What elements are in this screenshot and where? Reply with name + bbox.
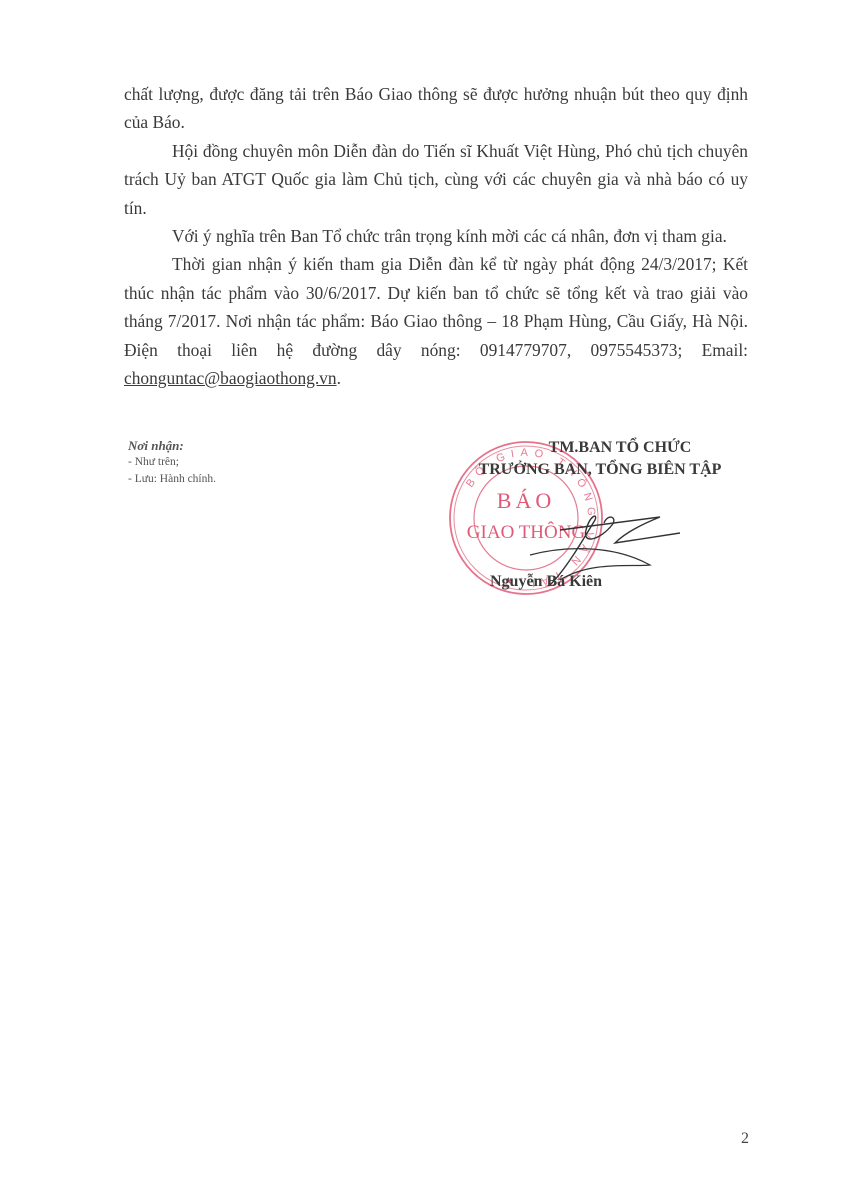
signer-name: Nguyễn Bá Kiên: [490, 573, 602, 591]
email-link[interactable]: chonguntac@baogiaothong.vn: [124, 368, 337, 388]
signature-block: TM.BAN TỔ CHỨC TRƯỞNG BAN, TỔNG BIÊN TẬP: [430, 437, 770, 481]
recipients-block: Nơi nhận: - Như trên; - Lưu: Hành chính.: [128, 437, 216, 488]
signature-title-2: TRƯỞNG BAN, TỔNG BIÊN TẬP: [430, 459, 770, 481]
timeline-text: Thời gian nhận ý kiến tham gia Diễn đàn …: [124, 254, 748, 359]
paragraph-council: Hội đồng chuyên môn Diễn đàn do Tiến sĩ …: [124, 137, 748, 222]
recipients-label: Nơi nhận:: [128, 437, 216, 454]
recipient-item: - Như trên;: [128, 454, 216, 471]
timeline-suffix: .: [337, 368, 341, 388]
recipient-item: - Lưu: Hành chính.: [128, 471, 216, 488]
page-number: 2: [741, 1130, 749, 1148]
paragraph-timeline: Thời gian nhận ý kiến tham gia Diễn đàn …: [124, 250, 748, 392]
signature-title-1: TM.BAN TỔ CHỨC: [470, 437, 770, 459]
document-body: chất lượng, được đăng tải trên Báo Giao …: [124, 80, 748, 392]
paragraph-invitation: Với ý nghĩa trên Ban Tổ chức trân trọng …: [124, 222, 748, 250]
paragraph-royalties: chất lượng, được đăng tải trên Báo Giao …: [124, 80, 748, 137]
